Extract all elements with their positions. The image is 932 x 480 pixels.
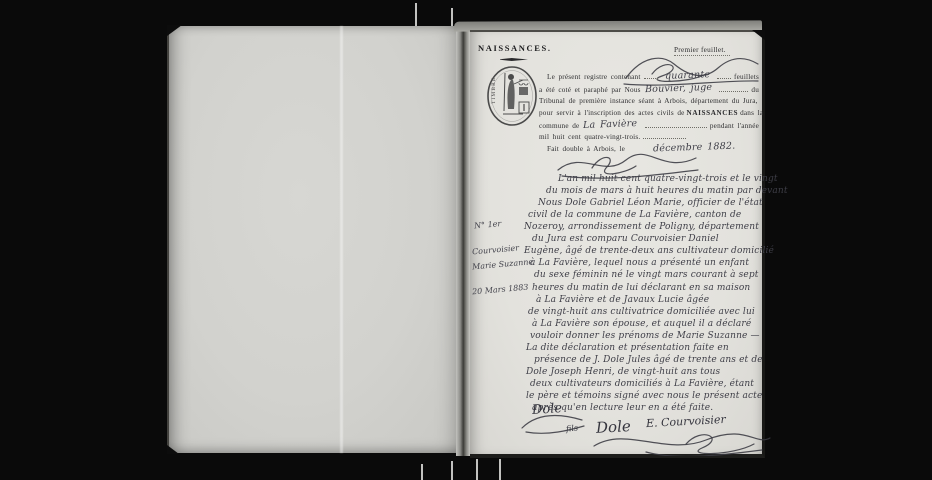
page-corner-fold bbox=[167, 445, 179, 454]
printed-text: dans la bbox=[740, 109, 763, 117]
dotted-rule bbox=[644, 72, 658, 79]
dotted-rule bbox=[645, 121, 707, 128]
dotted-rule bbox=[643, 132, 686, 139]
act-text-line: heures du matin de lui déclarant en sa m… bbox=[532, 283, 750, 293]
register-line: commune de La Favière pendant l'année bbox=[539, 120, 759, 131]
printed-text: pour servir à l'inscription des actes ci… bbox=[539, 109, 685, 117]
act-text-line: de vingt-huit ans cultivatrice domicilié… bbox=[528, 307, 755, 317]
right-record-page: NAISSANCES. Premier feuillet. TIMBRE Le … bbox=[470, 30, 765, 458]
margin-note-surname: Courvoisier bbox=[472, 243, 529, 257]
register-line: Tribunal de première instance séant à Ar… bbox=[539, 97, 759, 105]
stamp-rim-text: TIMBRE bbox=[491, 77, 497, 104]
handwritten-entry: quarante bbox=[664, 69, 710, 82]
register-line: a été coté et paraphé par Nous Bouvier, … bbox=[539, 84, 759, 95]
margin-note-firstnames: Marie Suzanne bbox=[472, 258, 529, 272]
book-gutter bbox=[456, 23, 470, 456]
printed-text: feuillets bbox=[734, 73, 759, 81]
dotted-rule bbox=[717, 72, 731, 79]
act-text-line: à La Favière et de Javaux Lucie âgée bbox=[536, 295, 709, 305]
microfilm-scan: NAISSANCES. Premier feuillet. TIMBRE Le … bbox=[0, 0, 932, 480]
act-text-line: à La Favière son épouse, et auquel il a … bbox=[532, 319, 751, 329]
printed-text: Tribunal de première instance séant à Ar… bbox=[539, 97, 758, 105]
dotted-rule bbox=[719, 85, 749, 92]
film-mark bbox=[476, 459, 478, 480]
act-text-line: du sexe féminin né le vingt mars courant… bbox=[534, 270, 759, 280]
printed-text: du bbox=[751, 86, 759, 94]
act-text-line: L'an mil huit cent quatre-vingt-trois et… bbox=[558, 174, 778, 184]
film-mark bbox=[451, 461, 453, 480]
signature: E. Courvoisier bbox=[646, 413, 726, 430]
film-mark bbox=[499, 459, 501, 480]
act-text-line: le père et témoins signé avec nous le pr… bbox=[526, 391, 762, 401]
title-underline-ornament bbox=[500, 58, 528, 61]
register-line: Le présent registre contenant quarante f… bbox=[547, 71, 759, 82]
page-title: NAISSANCES. bbox=[478, 43, 552, 53]
printed-text: pendant l'année bbox=[710, 122, 759, 130]
signature-flourish bbox=[586, 432, 776, 456]
timbre-stamp: TIMBRE bbox=[486, 64, 538, 128]
printed-text: commune de bbox=[539, 122, 579, 130]
act-text-line: Dole Joseph Henri, de vingt-huit ans tou… bbox=[526, 367, 720, 377]
margin-note-act-number: N° 1er bbox=[474, 217, 531, 231]
act-text-line: Nous Dole Gabriel Léon Marie, officier d… bbox=[538, 198, 763, 208]
register-line: pour servir à l'inscription des actes ci… bbox=[539, 109, 759, 117]
printed-text: a été coté et paraphé par Nous bbox=[539, 86, 641, 94]
film-mark bbox=[451, 8, 453, 26]
printed-text: Le présent registre contenant bbox=[547, 73, 641, 81]
act-text-line: deux cultivateurs domiciliés à La Favièr… bbox=[530, 379, 754, 389]
act-text-line: vouloir donner les prénoms de Marie Suza… bbox=[530, 331, 760, 341]
page-corner-fold bbox=[752, 30, 765, 40]
handwritten-entry: Bouvier, juge bbox=[644, 82, 712, 95]
act-text-line: du mois de mars à huit heures du matin p… bbox=[546, 186, 788, 196]
act-text-line: présence de J. Dole Jules âgé de trente … bbox=[534, 355, 763, 365]
act-text-line: du Jura est comparu Courvoisier Daniel bbox=[532, 234, 719, 244]
act-text-line: à La Favière, lequel nous a présenté un … bbox=[530, 258, 749, 268]
printed-text-bold: NAISSANCES bbox=[687, 109, 739, 117]
act-text-line: La dite déclaration et présentation fait… bbox=[526, 343, 729, 353]
handwritten-entry: La Favière bbox=[583, 118, 638, 131]
left-blank-page bbox=[167, 26, 460, 453]
margin-note-date: 20 Mars 1883 bbox=[472, 283, 529, 297]
paper-crease bbox=[340, 26, 343, 453]
signature-flourish bbox=[518, 410, 588, 436]
film-mark bbox=[415, 3, 417, 26]
film-mark bbox=[421, 464, 423, 480]
page-corner-fold bbox=[167, 25, 182, 36]
printed-text: mil huit cent quatre-vingt-trois. bbox=[539, 133, 640, 141]
act-text-line: Eugène, âgé de trente-deux ans cultivate… bbox=[524, 246, 774, 256]
act-text-line: Nozeroy, arrondissement de Poligny, dépa… bbox=[524, 222, 759, 232]
register-line: mil huit cent quatre-vingt-trois. bbox=[539, 132, 689, 141]
act-text-line: civil de la commune de La Favière, canto… bbox=[528, 210, 741, 220]
